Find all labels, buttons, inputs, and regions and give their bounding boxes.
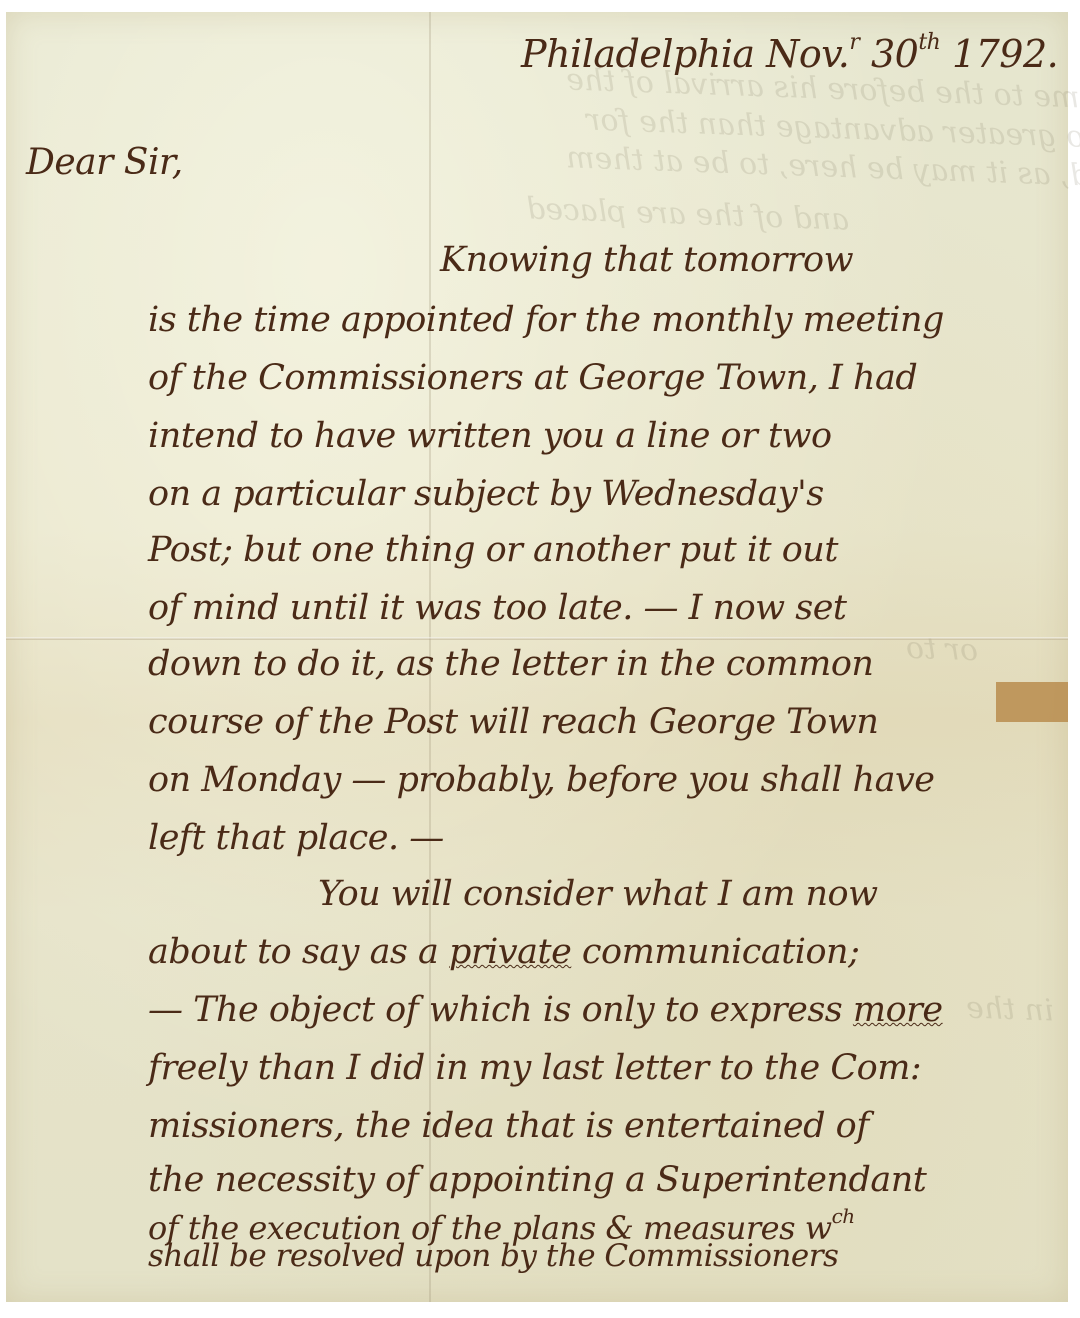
body-line: of mind until it was too late. — I now s…: [148, 588, 847, 628]
dateline-day: 30: [871, 32, 918, 76]
body-line: course of the Post will reach George Tow…: [148, 702, 878, 742]
underlined-word: private: [449, 932, 571, 972]
letter-page: came to the before his arrival of the it…: [6, 12, 1068, 1302]
salutation: Dear Sir,: [26, 142, 183, 183]
body-line: freely than I did in my last letter to t…: [148, 1048, 921, 1088]
fold-crease-horizontal: [6, 637, 1068, 640]
dateline-place: Philadelphia: [521, 32, 755, 76]
bleed-through-text: in the: [965, 990, 1054, 1028]
body-line: of the Commissioners at George Town, I h…: [148, 358, 917, 398]
dateline: Philadelphia Nov.r 30th 1792.: [521, 30, 1058, 76]
body-line: Post; but one thing or another put it ou…: [148, 530, 838, 570]
dateline-month-sup: r: [849, 30, 859, 55]
body-line: — The object of which is only to express…: [148, 990, 943, 1030]
body-line: left that place. —: [148, 818, 444, 858]
body-line: is the time appointed for the monthly me…: [148, 300, 944, 340]
dateline-year: 1792.: [952, 32, 1058, 76]
body-line: the necessity of appointing a Superinten…: [148, 1160, 926, 1200]
body-text: about to say as a: [148, 932, 438, 972]
body-line: about to say as a private communication;: [148, 932, 859, 972]
body-line: on Monday — probably, before you shall h…: [148, 760, 934, 800]
body-line: You will consider what I am now: [318, 874, 878, 914]
tape-stain: [996, 682, 1068, 722]
body-text: — The object of which is only to express: [148, 990, 842, 1030]
superscript: ch: [832, 1204, 855, 1228]
body-text: communication;: [571, 932, 859, 972]
body-line: intend to have written you a line or two: [148, 416, 832, 456]
bleed-through-text: and of the are placed: [525, 191, 849, 237]
dateline-month: Nov.: [766, 32, 849, 76]
body-line: Knowing that tomorrow: [440, 240, 853, 280]
body-line: missioners, the idea that is entertained…: [148, 1106, 869, 1146]
dateline-day-sup: th: [918, 30, 940, 55]
body-line: on a particular subject by Wednesday's: [148, 474, 824, 514]
body-line: down to do it, as the letter in the comm…: [148, 644, 873, 684]
underlined-word: more: [853, 990, 943, 1030]
